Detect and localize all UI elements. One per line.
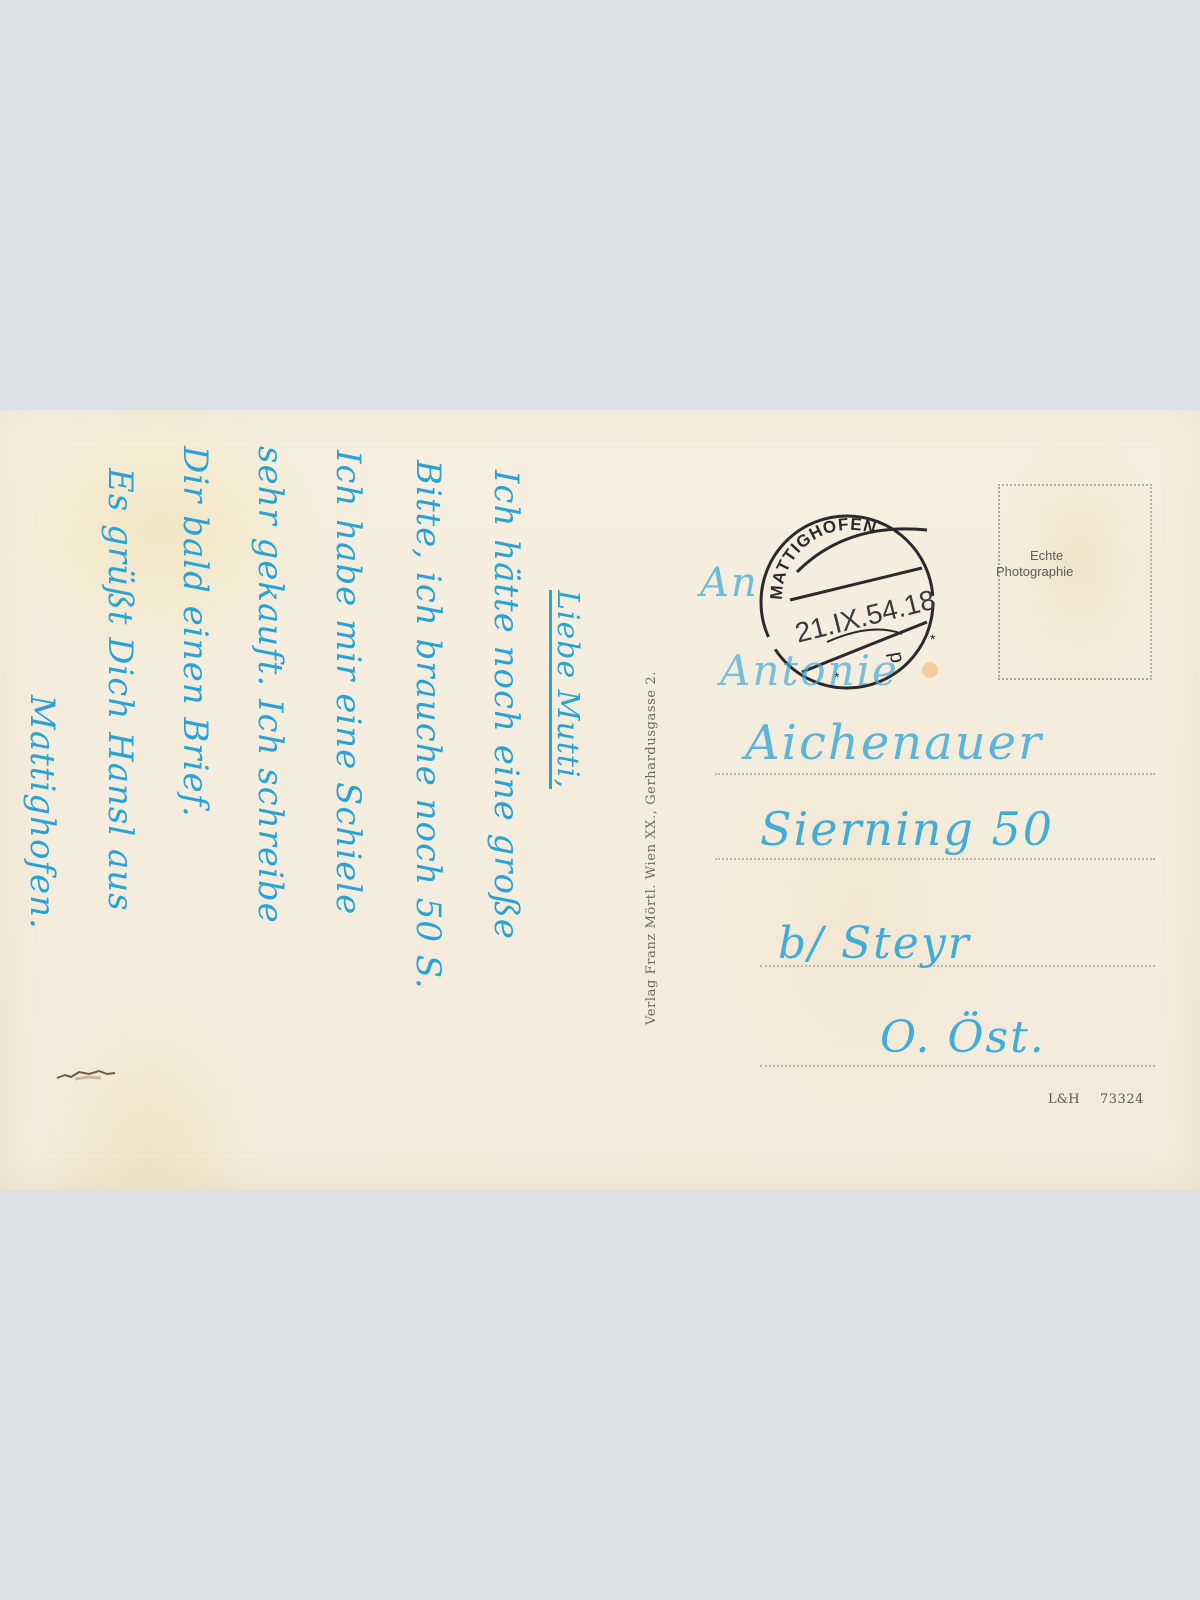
postmark-town: MATTIGHOFEN xyxy=(767,515,880,601)
stamp-box-line-1: Echte xyxy=(1000,548,1150,564)
address-line-3: Aichenauer xyxy=(745,715,1043,771)
publisher-logo-mark: L&H xyxy=(1048,1092,1080,1107)
svg-text:*: * xyxy=(930,631,936,647)
address-line-5: b/ Steyr xyxy=(778,918,971,969)
message-line-6: Es grüßt Dich Hansl aus xyxy=(100,468,140,912)
message-line-1: Ich hätte noch eine große xyxy=(486,470,526,940)
message-line-3: Ich habe mir eine Schiele xyxy=(328,450,368,915)
stamp-box-line-2: Photographie xyxy=(996,564,1150,580)
message-line-7: Mattighofen. xyxy=(22,695,62,930)
paper-tear-mark xyxy=(55,1068,125,1082)
address-rule-4 xyxy=(760,1065,1155,1067)
address-rule-2 xyxy=(715,858,1155,860)
address-rule-1 xyxy=(715,773,1155,775)
stamp-box-label: Echte Photographie xyxy=(1000,548,1150,580)
address-line-6: O. Öst. xyxy=(880,1012,1046,1063)
serial-number: 73324 xyxy=(1100,1092,1144,1107)
message-line-5: Dir bald einen Brief. xyxy=(175,446,215,818)
publisher-imprint: Verlag Franz Mörtl. Wien XX., Gerhardusg… xyxy=(644,671,659,1025)
address-line-1: An xyxy=(700,560,759,606)
address-line-4: Sierning 50 xyxy=(760,802,1054,856)
stamp-placeholder-box: Echte Photographie xyxy=(998,484,1152,680)
message-greeting: Liebe Mutti, xyxy=(550,590,585,789)
address-line-2: Antonie xyxy=(720,646,899,695)
svg-text:MATTIGHOFEN: MATTIGHOFEN xyxy=(767,515,880,601)
message-line-2: Bitte, ich brauche noch 50 S. xyxy=(408,460,448,990)
message-line-4: sehr gekauft. Ich schreibe xyxy=(250,446,290,924)
postcard: Liebe Mutti, Ich hätte noch eine große B… xyxy=(0,410,1200,1190)
